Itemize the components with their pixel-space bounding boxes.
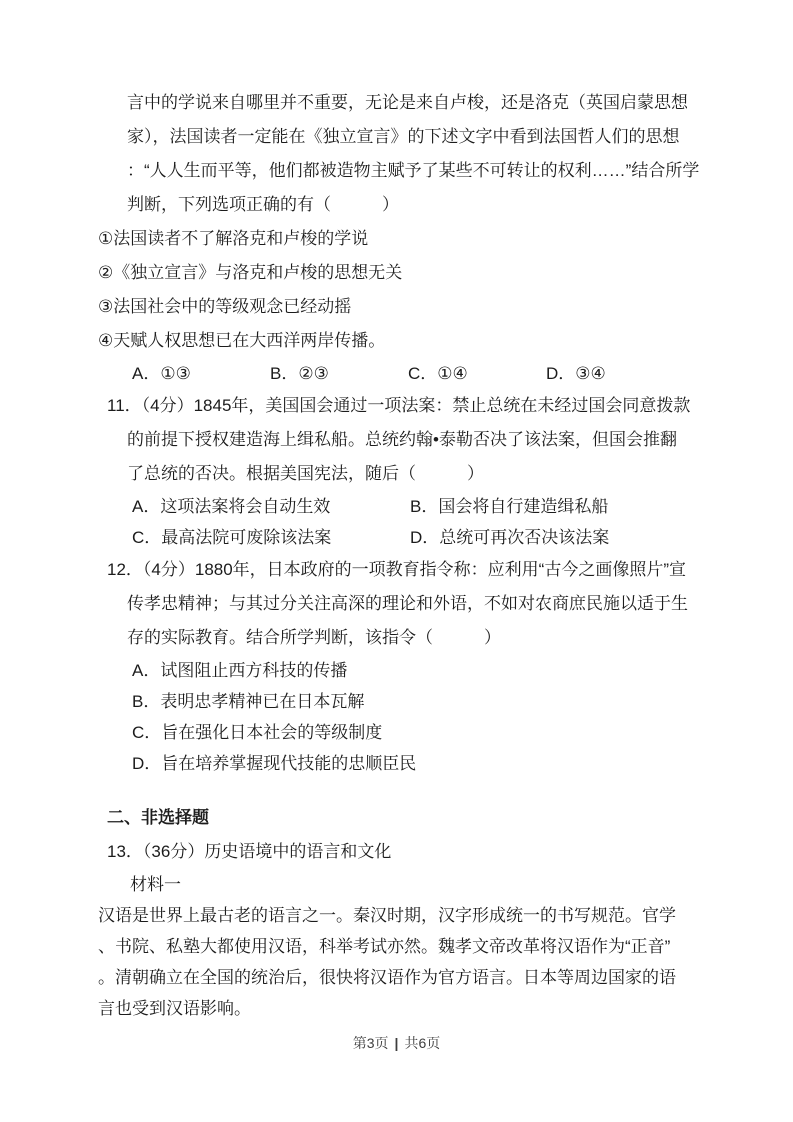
question-13-title: 13．（36分）历史语境中的语言和文化 <box>107 835 718 869</box>
question-12: 12．（4分）1880年，日本政府的一项教育指令称：应利用“古今之画像照片”宣 … <box>98 553 718 779</box>
material-line: 、书院、私塾大都使用汉语，科举考试亦然。魏孝文帝改革将汉语作为“正音” <box>98 931 718 962</box>
statement-option-2: ②《独立宣言》与洛克和卢梭的思想无关 <box>98 256 718 290</box>
choice-option-a: A．①③ <box>132 358 270 389</box>
choice-option-c: C．①④ <box>408 358 546 389</box>
choice-option-d: D．旨在培养掌握现代技能的忠顺臣民 <box>132 748 718 779</box>
statement-option-4: ④天赋人权思想已在大西洋两岸传播。 <box>98 324 718 358</box>
footer-separator: | <box>389 1035 405 1051</box>
material-line: 。清朝确立在全国的统治后，很快将汉语作为官方语言。日本等周边国家的语 <box>98 962 718 993</box>
choice-option-b: B．国会将自行建造缉私船 <box>410 491 608 522</box>
choice-row: C．最高法院可废除该法案 D．总统可再次否决该法案 <box>132 522 718 553</box>
material-1-label: 材料一 <box>130 869 718 900</box>
stem-line: 11．（4分）1845年，美国国会通过一项法案：禁止总统在未经过国会同意拨款 <box>107 389 718 423</box>
material-1-paragraph: 汉语是世界上最古老的语言之一。秦汉时期，汉字形成统一的书写规范。官学 、书院、私… <box>98 900 718 1024</box>
total-pages: 共6页 <box>404 1035 440 1051</box>
stem-line: 了总统的否决。根据美国宪法，随后（ ） <box>127 457 718 491</box>
statement-option-3: ③法国社会中的等级观念已经动摇 <box>98 290 718 324</box>
stem-line: 言中的学说来自哪里并不重要，无论是来自卢梭，还是洛克（英国启蒙思想 <box>127 86 718 120</box>
stem-line: 的前提下授权建造海上缉私船。总统约翰•泰勒否决了该法案，但国会推翻 <box>127 423 718 457</box>
stem-line: 存的实际教育。结合所学判断，该指令（ ） <box>127 621 718 655</box>
question-10-continuation: 言中的学说来自哪里并不重要，无论是来自卢梭，还是洛克（英国启蒙思想 家），法国读… <box>98 86 718 389</box>
stem-line: 家），法国读者一定能在《独立宣言》的下述文字中看到法国哲人们的思想 <box>127 120 718 154</box>
stem-line: 传孝忠精神；与其过分关注高深的理论和外语，不如对农商庶民施以适于生 <box>127 587 718 621</box>
page-footer: 第3页|共6页 <box>0 1033 793 1053</box>
choice-option-b: B．②③ <box>270 358 408 389</box>
choice-row: A．这项法案将会自动生效 B．国会将自行建造缉私船 <box>132 491 718 522</box>
choice-option-d: D．总统可再次否决该法案 <box>410 522 609 553</box>
stem-line: 12．（4分）1880年，日本政府的一项教育指令称：应利用“古今之画像照片”宣 <box>107 553 718 587</box>
choice-option-c: C．最高法院可废除该法案 <box>132 522 410 553</box>
page-content: 言中的学说来自哪里并不重要，无论是来自卢梭，还是洛克（英国启蒙思想 家），法国读… <box>98 86 718 1024</box>
statement-option-1: ①法国读者不了解洛克和卢梭的学说 <box>98 222 718 256</box>
choice-option-a: A．试图阻止西方科技的传播 <box>132 655 718 686</box>
choice-option-a: A．这项法案将会自动生效 <box>132 491 410 522</box>
choice-option-c: C．旨在强化日本社会的等级制度 <box>132 717 718 748</box>
document-page: 言中的学说来自哪里并不重要，无论是来自卢梭，还是洛克（英国启蒙思想 家），法国读… <box>0 0 793 1122</box>
question-11: 11．（4分）1845年，美国国会通过一项法案：禁止总统在未经过国会同意拨款 的… <box>98 389 718 553</box>
material-line: 汉语是世界上最古老的语言之一。秦汉时期，汉字形成统一的书写规范。官学 <box>98 900 718 931</box>
question-13: 13．（36分）历史语境中的语言和文化 材料一 汉语是世界上最古老的语言之一。秦… <box>98 835 718 1024</box>
choice-option-d: D．③④ <box>546 358 684 389</box>
choice-option-b: B．表明忠孝精神已在日本瓦解 <box>132 686 718 717</box>
page-number: 第3页 <box>353 1035 389 1051</box>
material-line: 言也受到汉语影响。 <box>98 993 718 1024</box>
stem-line: 判断，下列选项正确的有（ ） <box>127 188 718 222</box>
section-2-heading: 二、非选择题 <box>107 801 718 835</box>
stem-line: ：“人人生而平等，他们都被造物主赋予了某些不可转让的权利……”结合所学 <box>127 154 718 188</box>
choice-row: A．①③ B．②③ C．①④ D．③④ <box>132 358 718 389</box>
